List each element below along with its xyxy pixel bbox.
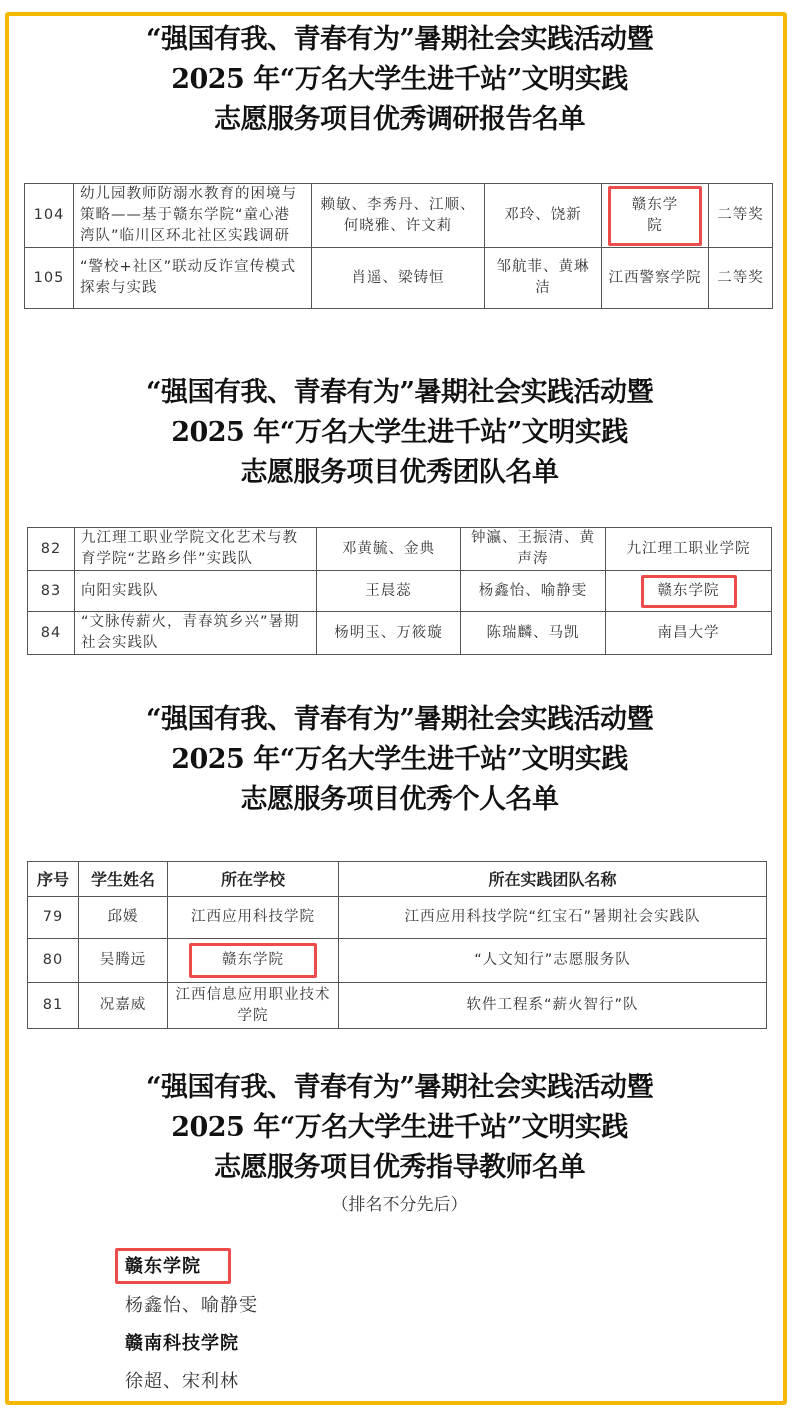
individual-table: 序号 学生姓名 所在学校 所在实践团队名称 79 邱媛 江西应用科技学院 江西应…: [27, 861, 767, 1029]
advisor-names: 徐超、宋利林: [125, 1367, 239, 1393]
advisors: 陈瑞麟、马凯: [461, 612, 606, 655]
school-highlight: 赣东学院: [608, 186, 702, 246]
title-line: 2025 年“万名大学生进千站”文明实践: [0, 413, 799, 453]
team-name: 九江理工职业学院文化艺术与教育学院“艺路乡伴”实践队: [75, 528, 317, 571]
table-row: 81 况嘉威 江西信息应用职业技术学院 软件工程系“薪火智行”队: [28, 983, 767, 1029]
school-cell: 江西应用科技学院: [168, 897, 339, 939]
section-title-teams: “强国有我、青春有为”暑期社会实践活动暨 2025 年“万名大学生进千站”文明实…: [0, 373, 799, 493]
table-row: 84 “文脉传薪火，青春筑乡兴”暑期社会实践队 杨明玉、万筱璇 陈瑞麟、马凯 南…: [28, 612, 772, 655]
table-row: 79 邱媛 江西应用科技学院 江西应用科技学院“红宝石”暑期社会实践队: [28, 897, 767, 939]
section-title-individuals: “强国有我、青春有为”暑期社会实践活动暨 2025 年“万名大学生进千站”文明实…: [0, 700, 799, 820]
advisor-school: 赣东学院: [125, 1252, 201, 1278]
title-line: “强国有我、青春有为”暑期社会实践活动暨: [0, 700, 799, 740]
ranking-note: （排名不分先后）: [0, 1190, 799, 1215]
school-highlight: 赣东学院: [189, 943, 317, 978]
school-cell: 赣东学院: [602, 184, 709, 248]
title-line: “强国有我、青春有为”暑期社会实践活动暨: [0, 1068, 799, 1108]
title-line: 2025 年“万名大学生进千站”文明实践: [0, 740, 799, 780]
report-title: “警校+社区”联动反诈宣传模式探索与实践: [74, 248, 312, 309]
table-row: 82 九江理工职业学院文化艺术与教育学院“艺路乡伴”实践队 邓黄毓、金典 钟瀛、…: [28, 528, 772, 571]
team-members: 赖敏、李秀丹、江顺、何晓雅、许文莉: [312, 184, 485, 248]
student-name: 况嘉威: [79, 983, 168, 1029]
school-cell: 江西信息应用职业技术学院: [168, 983, 339, 1029]
table-row: 83 向阳实践队 王晨蕊 杨鑫怡、喻静雯 赣东学院: [28, 571, 772, 612]
team-leaders: 杨明玉、万筱璇: [317, 612, 461, 655]
title-line: 志愿服务项目优秀调研报告名单: [0, 100, 799, 140]
row-number: 83: [28, 571, 75, 612]
header-team-name: 所在实践团队名称: [339, 862, 767, 897]
table-row: 80 吴腾远 赣东学院 “人文知行”志愿服务队: [28, 939, 767, 983]
advisor-names: 杨鑫怡、喻静雯: [125, 1291, 258, 1317]
team-name: 向阳实践队: [75, 571, 317, 612]
team-name: 江西应用科技学院“红宝石”暑期社会实践队: [339, 897, 767, 939]
title-line: “强国有我、青春有为”暑期社会实践活动暨: [0, 373, 799, 413]
section-title-research-reports: “强国有我、青春有为”暑期社会实践活动暨 2025 年“万名大学生进千站”文明实…: [0, 20, 799, 140]
advisors: 邹航菲、黄琳洁: [485, 248, 602, 309]
school-cell: 赣东学院: [606, 571, 772, 612]
school-cell: 南昌大学: [606, 612, 772, 655]
team-leaders: 王晨蕊: [317, 571, 461, 612]
row-number: 82: [28, 528, 75, 571]
row-number: 81: [28, 983, 79, 1029]
school-highlight: 赣东学院: [641, 575, 737, 608]
advisors: 邓玲、饶新: [485, 184, 602, 248]
row-number: 79: [28, 897, 79, 939]
advisors: 杨鑫怡、喻静雯: [461, 571, 606, 612]
school-cell: 江西警察学院: [602, 248, 709, 309]
title-line: 志愿服务项目优秀团队名单: [0, 453, 799, 493]
table-header-row: 序号 学生姓名 所在学校 所在实践团队名称: [28, 862, 767, 897]
row-number: 84: [28, 612, 75, 655]
title-line: 2025 年“万名大学生进千站”文明实践: [0, 1108, 799, 1148]
school-cell: 赣东学院: [168, 939, 339, 983]
award: 二等奖: [709, 248, 773, 309]
team-name: “文脉传薪火，青春筑乡兴”暑期社会实践队: [75, 612, 317, 655]
report-title: 幼儿园教师防溺水教育的困境与策略——基于赣东学院“童心港湾队”临川区环北社区实践…: [74, 184, 312, 248]
title-line: 2025 年“万名大学生进千站”文明实践: [0, 60, 799, 100]
advisors: 钟瀛、王振清、黄声涛: [461, 528, 606, 571]
row-number: 80: [28, 939, 79, 983]
section-title-advisors: “强国有我、青春有为”暑期社会实践活动暨 2025 年“万名大学生进千站”文明实…: [0, 1068, 799, 1188]
student-name: 吴腾远: [79, 939, 168, 983]
student-name: 邱媛: [79, 897, 168, 939]
award: 二等奖: [709, 184, 773, 248]
research-report-table: 104 幼儿园教师防溺水教育的困境与策略——基于赣东学院“童心港湾队”临川区环北…: [24, 183, 773, 309]
table-row: 105 “警校+社区”联动反诈宣传模式探索与实践 肖遥、梁铸恒 邹航菲、黄琳洁 …: [25, 248, 773, 309]
advisor-school: 赣南科技学院: [125, 1329, 239, 1355]
header-student-name: 学生姓名: [79, 862, 168, 897]
row-number: 105: [25, 248, 74, 309]
title-line: 志愿服务项目优秀个人名单: [0, 780, 799, 820]
team-leaders: 邓黄毓、金典: [317, 528, 461, 571]
team-table: 82 九江理工职业学院文化艺术与教育学院“艺路乡伴”实践队 邓黄毓、金典 钟瀛、…: [27, 527, 772, 655]
team-name: “人文知行”志愿服务队: [339, 939, 767, 983]
row-number: 104: [25, 184, 74, 248]
title-line: “强国有我、青春有为”暑期社会实践活动暨: [0, 20, 799, 60]
school-cell: 九江理工职业学院: [606, 528, 772, 571]
header-number: 序号: [28, 862, 79, 897]
team-members: 肖遥、梁铸恒: [312, 248, 485, 309]
team-name: 软件工程系“薪火智行”队: [339, 983, 767, 1029]
header-school: 所在学校: [168, 862, 339, 897]
title-line: 志愿服务项目优秀指导教师名单: [0, 1148, 799, 1188]
table-row: 104 幼儿园教师防溺水教育的困境与策略——基于赣东学院“童心港湾队”临川区环北…: [25, 184, 773, 248]
